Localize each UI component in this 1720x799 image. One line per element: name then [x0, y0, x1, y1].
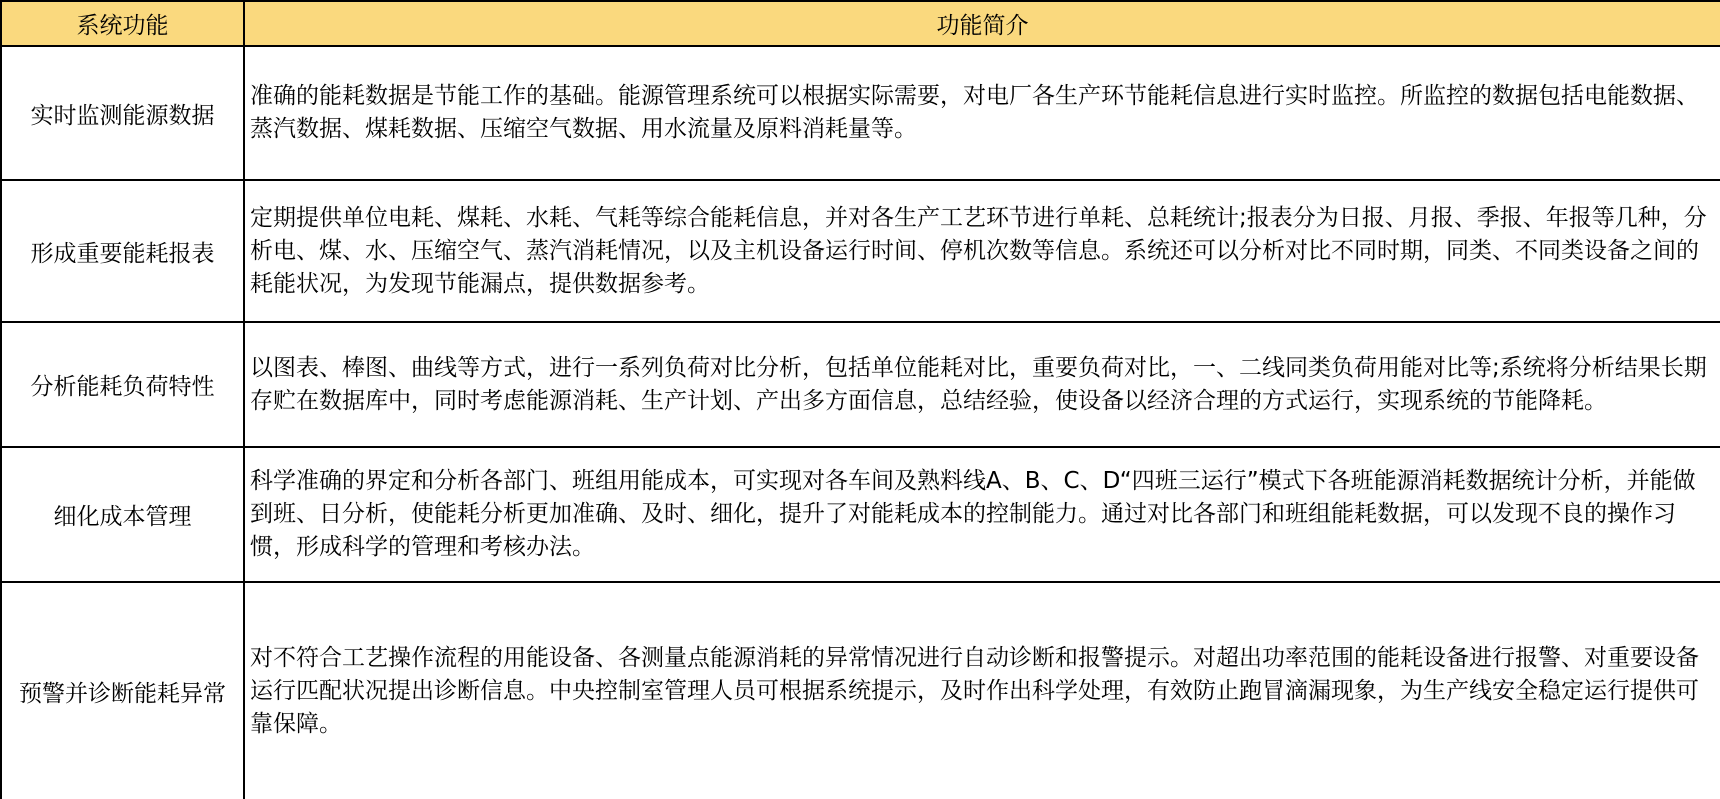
- table-header-row: 系统功能 功能简介: [1, 1, 1720, 46]
- table-row: 细化成本管理 科学准确的界定和分析各部门、班组用能成本，可实现对各车间及熟料线A…: [1, 447, 1720, 582]
- page: 系统功能 功能简介 实时监测能源数据 准确的能耗数据是节能工作的基础。能源管理系…: [0, 0, 1720, 799]
- function-name-cell: 形成重要能耗报表: [1, 180, 244, 322]
- table-body: 实时监测能源数据 准确的能耗数据是节能工作的基础。能源管理系统可以根据实际需要，…: [1, 46, 1720, 799]
- function-description-cell: 定期提供单位电耗、煤耗、水耗、气耗等综合能耗信息，并对各生产工艺环节进行单耗、总…: [244, 180, 1720, 322]
- table-row: 形成重要能耗报表 定期提供单位电耗、煤耗、水耗、气耗等综合能耗信息，并对各生产工…: [1, 180, 1720, 322]
- function-description-cell: 科学准确的界定和分析各部门、班组用能成本，可实现对各车间及熟料线A、B、C、D“…: [244, 447, 1720, 582]
- function-name-cell: 实时监测能源数据: [1, 46, 244, 180]
- column-header-function-intro: 功能简介: [244, 1, 1720, 46]
- table-row: 分析能耗负荷特性 以图表、棒图、曲线等方式，进行一系列负荷对比分析，包括单位能耗…: [1, 322, 1720, 447]
- system-function-table: 系统功能 功能简介 实时监测能源数据 准确的能耗数据是节能工作的基础。能源管理系…: [0, 0, 1720, 799]
- table-row: 预警并诊断能耗异常 对不符合工艺操作流程的用能设备、各测量点能源消耗的异常情况进…: [1, 582, 1720, 799]
- table-row: 实时监测能源数据 准确的能耗数据是节能工作的基础。能源管理系统可以根据实际需要，…: [1, 46, 1720, 180]
- function-name-cell: 细化成本管理: [1, 447, 244, 582]
- column-header-system-function: 系统功能: [1, 1, 244, 46]
- function-description-cell: 以图表、棒图、曲线等方式，进行一系列负荷对比分析，包括单位能耗对比，重要负荷对比…: [244, 322, 1720, 447]
- function-name-cell: 分析能耗负荷特性: [1, 322, 244, 447]
- function-description-cell: 准确的能耗数据是节能工作的基础。能源管理系统可以根据实际需要，对电厂各生产环节能…: [244, 46, 1720, 180]
- function-description-cell: 对不符合工艺操作流程的用能设备、各测量点能源消耗的异常情况进行自动诊断和报警提示…: [244, 582, 1720, 799]
- function-name-cell: 预警并诊断能耗异常: [1, 582, 244, 799]
